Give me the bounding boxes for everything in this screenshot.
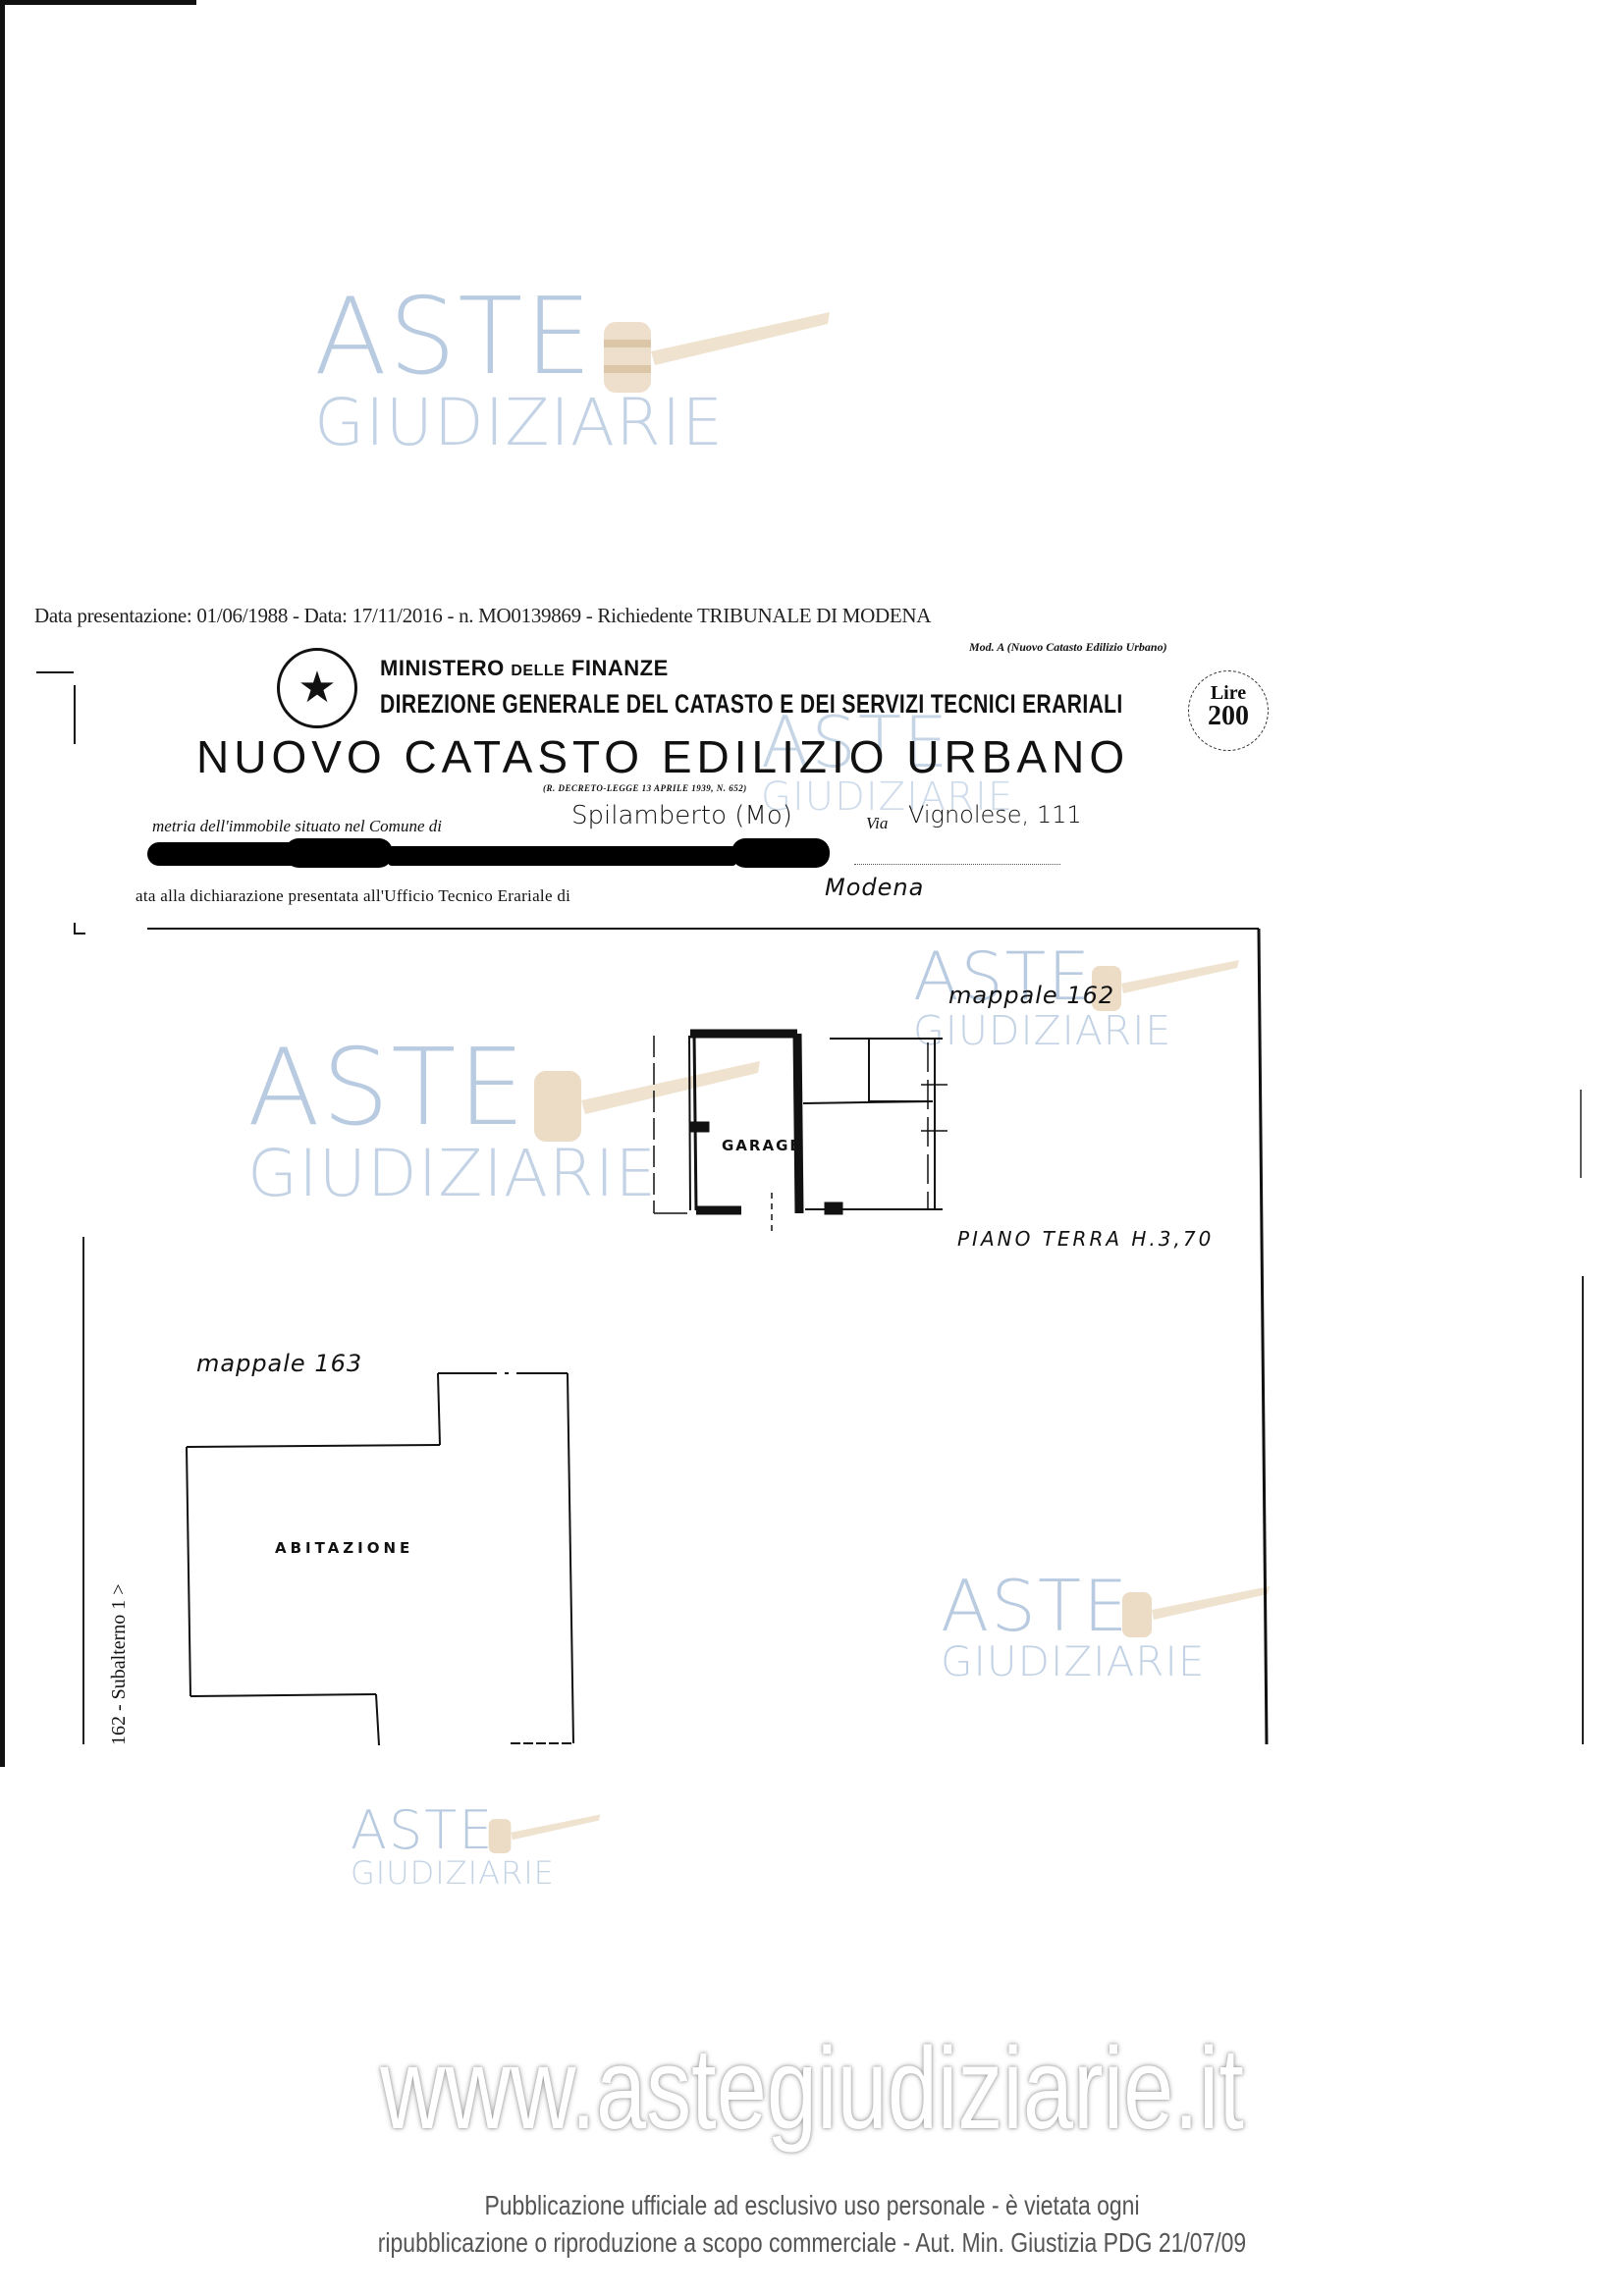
- house-room-label: ABITAZIONE: [275, 1539, 413, 1557]
- garage-plan: [654, 1034, 947, 1232]
- garage-room-label: GARAGE: [722, 1137, 802, 1154]
- footer-notice-line1: Pubblicazione ufficiale ad esclusivo uso…: [146, 2187, 1478, 2224]
- footer-watermark-url: www.astegiudiziarie.it: [179, 2022, 1445, 2156]
- floor-level-label: PIANO TERRA H.3,70: [957, 1227, 1214, 1251]
- footer-notice: Pubblicazione ufficiale ad esclusivo uso…: [146, 2187, 1478, 2262]
- floor-plan-drawing: [0, 0, 1624, 2296]
- house-neighbor-label: mappale 163: [196, 1350, 362, 1377]
- footer-notice-line2: ripubblicazione o riproduzione a scopo c…: [146, 2224, 1478, 2262]
- garage-neighbor-label: mappale 162: [948, 982, 1114, 1009]
- house-plan: [187, 1373, 573, 1745]
- subalterno-label: 162 - Subalterno 1 >: [108, 1583, 131, 1745]
